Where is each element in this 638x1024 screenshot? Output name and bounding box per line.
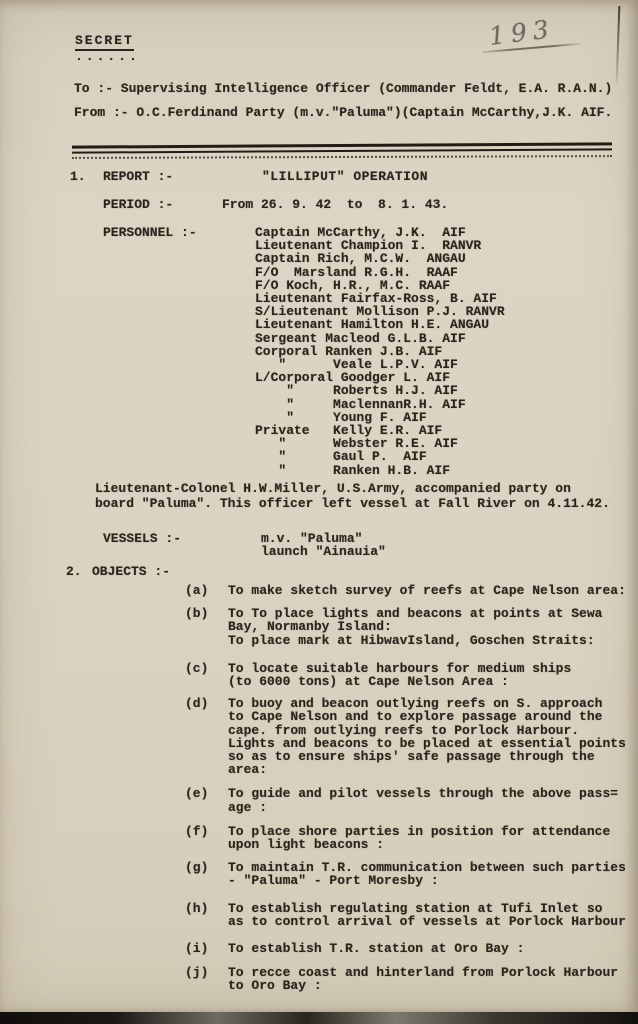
vessels-label: VESSELS :-: [103, 532, 181, 545]
report-label: REPORT :-: [103, 170, 173, 183]
section2-number: 2.: [66, 565, 82, 578]
photo-background-edge: [0, 1012, 638, 1024]
objects-item-text: To To place lights and beacons at points…: [228, 607, 602, 647]
objects-list-item: (f) To place shore parties in position f…: [185, 825, 625, 851]
objects-list-item: (e) To guide and pilot vessels through t…: [185, 787, 625, 813]
period-label: PERIOD :-: [103, 198, 173, 211]
objects-item-text: To make sketch survey of reefs at Cape N…: [228, 584, 626, 597]
divider-rule-bottom: [72, 148, 612, 153]
objects-item-label: (d): [185, 697, 228, 710]
objects-item-label: (j): [185, 966, 228, 979]
objects-list-item: (a) To make sketch survey of reefs at Ca…: [185, 584, 625, 597]
to-line: To :- Supervising Intelligence Officer (…: [74, 82, 612, 95]
objects-item-label: (i): [185, 942, 228, 955]
classification-dots: ......: [75, 50, 140, 63]
personnel-label: PERSONNEL :-: [103, 226, 197, 239]
objects-item-text: To maintain T.R. communication between s…: [228, 861, 626, 887]
vessels-list: m.v. "Paluma" launch "Ainauia": [261, 532, 386, 558]
objects-list-item: (c) To locate suitable harbours for medi…: [185, 662, 625, 688]
objects-item-text: To buoy and beacon outlying reefs on S. …: [228, 697, 626, 776]
divider-rule-top: [72, 142, 612, 148]
paper-crease: [616, 6, 621, 84]
objects-item-text: To place shore parties in position for a…: [228, 825, 610, 851]
objects-list-item: (b) To To place lights and beacons at po…: [185, 607, 625, 647]
objects-list-item: (h) To establish regulating station at T…: [185, 902, 625, 928]
document-page: SECRET ...... 193 To :- Supervising Inte…: [0, 0, 638, 1012]
objects-list-item: (i) To establish T.R. station at Oro Bay…: [185, 942, 625, 955]
objects-list-item: (j) To recce coast and hinterland from P…: [185, 966, 625, 992]
objects-item-text: To establish regulating station at Tufi …: [228, 902, 626, 928]
attached-officer-note: Lieutenant-Colonel H.W.Miller, U.S.Army,…: [95, 482, 610, 511]
objects-item-text: To recce coast and hinterland from Porlo…: [228, 966, 618, 992]
objects-item-text: To locate suitable harbours for medium s…: [228, 662, 571, 688]
section1-number: 1.: [70, 170, 86, 183]
objects-item-text: To guide and pilot vessels through the a…: [228, 787, 618, 813]
objects-list-item: (d) To buoy and beacon outlying reefs on…: [185, 697, 625, 776]
objects-item-label: (f): [185, 825, 228, 838]
objects-item-label: (e): [185, 787, 228, 800]
objects-item-text: To establish T.R. station at Oro Bay :: [228, 942, 524, 955]
objects-item-label: (g): [185, 861, 228, 874]
objects-item-label: (a): [185, 584, 228, 597]
objects-list-item: (g) To maintain T.R. communication betwe…: [185, 861, 625, 887]
scanned-photo: SECRET ...... 193 To :- Supervising Inte…: [0, 0, 638, 1024]
divider-dotted-rule: [72, 155, 612, 159]
objects-item-label: (b): [185, 607, 228, 620]
objects-item-label: (h): [185, 902, 228, 915]
objects-item-label: (c): [185, 662, 228, 675]
report-title: "LILLIPUT" OPERATION: [262, 170, 428, 183]
objects-list: (a) To make sketch survey of reefs at Ca…: [185, 584, 625, 993]
period-value: From 26. 9. 42 to 8. 1. 43.: [222, 198, 448, 211]
from-line: From :- O.C.Ferdinand Party (m.v."Paluma…: [74, 106, 612, 119]
objects-heading: OBJECTS :-: [92, 565, 170, 578]
personnel-list: Captain McCarthy, J.K. AIF Lieutenant Ch…: [255, 226, 505, 477]
